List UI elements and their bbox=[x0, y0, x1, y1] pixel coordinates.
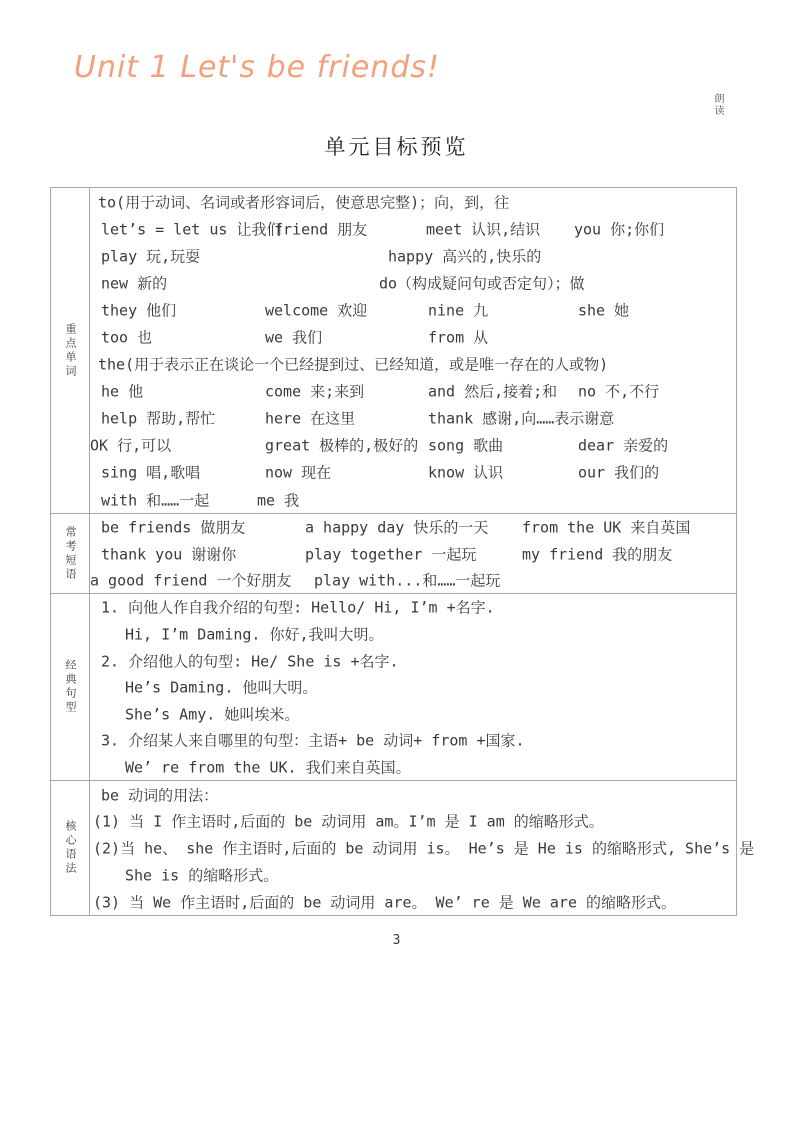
entry-text: now 现在 bbox=[265, 462, 331, 483]
text-line: 3. 介绍某人来自哪里的句型：主语+ be 动词+ from +国家. bbox=[90, 727, 736, 754]
text-line: new 新的do（构成疑问句或否定句）；做 bbox=[90, 269, 736, 296]
entry-text: do（构成疑问句或否定句）；做 bbox=[379, 272, 585, 293]
text-line: sing 唱,歌唱now 现在know 认识our 我们的 bbox=[90, 459, 736, 486]
entry-text: happy 高兴的,快乐的 bbox=[388, 245, 541, 266]
entry-text: a good friend 一个好朋友 bbox=[90, 569, 291, 590]
text-line: a good friend 一个好朋友play with...和……一起玩 bbox=[90, 567, 736, 593]
text-line: they 他们welcome 欢迎nine 九she 她 bbox=[90, 296, 736, 323]
text-line: (2)当 he、 she 作主语时,后面的 be 动词用 is。 He’s 是 … bbox=[90, 835, 736, 862]
row-label-cell: 经典句型 bbox=[51, 594, 90, 780]
entry-text: 3. 介绍某人来自哪里的句型：主语+ be 动词+ from +国家. bbox=[101, 730, 525, 751]
entry-text: 1. 向他人作自我介绍的句型: Hello/ Hi, I’m +名字. bbox=[101, 597, 495, 618]
table-row: 核心语法be 动词的用法：(1) 当 I 作主语时,后面的 be 动词用 am。… bbox=[51, 781, 736, 915]
page-number: 3 bbox=[0, 933, 793, 948]
text-line: the(用于表示正在谈论一个已经提到过、已经知道，或是唯一存在的人或物) bbox=[90, 351, 736, 378]
text-line: to(用于动词、名词或者形容词后，使意思完整)；向，到，往 bbox=[90, 188, 736, 215]
entry-text: friend 朋友 bbox=[274, 218, 367, 239]
unit-title: Unit 1 Let's be friends! bbox=[74, 50, 440, 85]
entry-text: no 不,不行 bbox=[578, 381, 659, 402]
text-line: We’ re from the UK. 我们来自英国。 bbox=[90, 754, 736, 781]
row-label: 重点单词 bbox=[62, 323, 78, 379]
entry-text: help 帮助,帮忙 bbox=[101, 408, 215, 429]
entry-text: 2. 介绍他人的句型: He/ She is +名字. bbox=[101, 650, 399, 671]
entry-text: She is 的缩略形式。 bbox=[125, 864, 278, 885]
text-line: play 玩,玩耍happy 高兴的,快乐的 bbox=[90, 242, 736, 269]
text-line: She’s Amy. 她叫埃米。 bbox=[90, 700, 736, 727]
entry-text: play together 一起玩 bbox=[305, 543, 476, 564]
entry-text: come 来;来到 bbox=[265, 381, 364, 402]
unit-overview-table: 重点单词to(用于动词、名词或者形容词后，使意思完整)；向，到，往let’s =… bbox=[50, 187, 737, 916]
entry-text: play with...和……一起玩 bbox=[314, 569, 500, 590]
entry-text: be friends 做朋友 bbox=[101, 517, 245, 538]
row-label: 经典句型 bbox=[62, 659, 78, 715]
entry-text: We’ re from the UK. 我们来自英国。 bbox=[125, 756, 411, 777]
entry-text: a happy day 快乐的一天 bbox=[305, 517, 488, 538]
entry-text: Hi, I’m Daming. 你好,我叫大明。 bbox=[125, 623, 384, 644]
entry-text: he 他 bbox=[101, 381, 143, 402]
entry-text: (1) 当 I 作主语时,后面的 be 动词用 am。I’m 是 I am 的缩… bbox=[93, 811, 604, 832]
table-row: 经典句型1. 向他人作自我介绍的句型: Hello/ Hi, I’m +名字.H… bbox=[51, 594, 736, 781]
entry-text: my friend 我的朋友 bbox=[522, 543, 672, 564]
text-line: he 他come 来;来到and 然后,接着;和no 不,不行 bbox=[90, 378, 736, 405]
row-content: be 动词的用法：(1) 当 I 作主语时,后面的 be 动词用 am。I’m … bbox=[90, 781, 736, 915]
entry-text: dear 亲爱的 bbox=[578, 435, 668, 456]
entry-text: (2)当 he、 she 作主语时,后面的 be 动词用 is。 He’s 是 … bbox=[93, 838, 754, 859]
text-line: be friends 做朋友a happy day 快乐的一天from the … bbox=[90, 514, 736, 540]
row-label-cell: 核心语法 bbox=[51, 781, 90, 915]
entry-text: and 然后,接着;和 bbox=[428, 381, 557, 402]
entry-text: the(用于表示正在谈论一个已经提到过、已经知道，或是唯一存在的人或物) bbox=[98, 354, 608, 375]
row-label: 常考短语 bbox=[62, 526, 78, 582]
text-line: be 动词的用法： bbox=[90, 781, 736, 808]
text-line: (1) 当 I 作主语时,后面的 be 动词用 am。I’m 是 I am 的缩… bbox=[90, 808, 736, 835]
row-content: be friends 做朋友a happy day 快乐的一天from the … bbox=[90, 514, 736, 593]
row-content: 1. 向他人作自我介绍的句型: Hello/ Hi, I’m +名字.Hi, I… bbox=[90, 594, 736, 780]
entry-text: He’s Daming. 他叫大明。 bbox=[125, 677, 317, 698]
read-aloud-button[interactable]: 朗读 bbox=[712, 93, 723, 117]
entry-text: nine 九 bbox=[428, 299, 488, 320]
entry-text: we 我们 bbox=[265, 327, 322, 348]
entry-text: from the UK 来自英国 bbox=[522, 517, 690, 538]
entry-text: me 我 bbox=[257, 489, 299, 510]
entry-text: to(用于动词、名词或者形容词后，使意思完整)；向，到，往 bbox=[98, 191, 509, 212]
row-label: 核心语法 bbox=[62, 820, 78, 876]
entry-text: here 在这里 bbox=[265, 408, 355, 429]
table-row: 常考短语be friends 做朋友a happy day 快乐的一天from … bbox=[51, 514, 736, 594]
text-line: OK 行,可以great 极棒的,极好的song 歌曲dear 亲爱的 bbox=[90, 432, 736, 459]
entry-text: (3) 当 We 作主语时,后面的 be 动词用 are。 We’ re 是 W… bbox=[93, 891, 676, 912]
entry-text: she 她 bbox=[578, 299, 629, 320]
table-row: 重点单词to(用于动词、名词或者形容词后，使意思完整)；向，到，往let’s =… bbox=[51, 188, 736, 514]
entry-text: from 从 bbox=[428, 327, 488, 348]
entry-text: thank 感谢,向……表示谢意 bbox=[428, 408, 614, 429]
entry-text: you 你;你们 bbox=[574, 218, 664, 239]
text-line: thank you 谢谢你play together 一起玩my friend … bbox=[90, 540, 736, 566]
entry-text: meet 认识,结识 bbox=[426, 218, 540, 239]
entry-text: they 他们 bbox=[101, 299, 176, 320]
row-label-cell: 重点单词 bbox=[51, 188, 90, 513]
entry-text: OK 行,可以 bbox=[90, 435, 171, 456]
page-heading: 单元目标预览 bbox=[0, 131, 793, 161]
entry-text: new 新的 bbox=[101, 272, 167, 293]
row-label-cell: 常考短语 bbox=[51, 514, 90, 593]
row-content: to(用于动词、名词或者形容词后，使意思完整)；向，到，往let’s = let… bbox=[90, 188, 736, 513]
entry-text: with 和……一起 bbox=[101, 489, 209, 510]
text-line: help 帮助,帮忙here 在这里thank 感谢,向……表示谢意 bbox=[90, 405, 736, 432]
entry-text: be 动词的用法： bbox=[101, 784, 218, 805]
entry-text: great 极棒的,极好的 bbox=[265, 435, 418, 456]
text-line: She is 的缩略形式。 bbox=[90, 862, 736, 889]
entry-text: welcome 欢迎 bbox=[265, 299, 367, 320]
text-line: 2. 介绍他人的句型: He/ She is +名字. bbox=[90, 647, 736, 674]
text-line: (3) 当 We 作主语时,后面的 be 动词用 are。 We’ re 是 W… bbox=[90, 888, 736, 915]
text-line: 1. 向他人作自我介绍的句型: Hello/ Hi, I’m +名字. bbox=[90, 594, 736, 621]
entry-text: let’s = let us 让我们 bbox=[101, 218, 281, 239]
entry-text: play 玩,玩耍 bbox=[101, 245, 200, 266]
text-line: He’s Daming. 他叫大明。 bbox=[90, 674, 736, 701]
text-line: Hi, I’m Daming. 你好,我叫大明。 bbox=[90, 621, 736, 648]
entry-text: know 认识 bbox=[428, 462, 503, 483]
text-line: too 也we 我们from 从 bbox=[90, 323, 736, 350]
text-line: with 和……一起me 我 bbox=[90, 486, 736, 513]
entry-text: song 歌曲 bbox=[428, 435, 503, 456]
entry-text: too 也 bbox=[101, 327, 152, 348]
entry-text: thank you 谢谢你 bbox=[101, 543, 236, 564]
entry-text: our 我们的 bbox=[578, 462, 659, 483]
entry-text: sing 唱,歌唱 bbox=[101, 462, 200, 483]
entry-text: She’s Amy. 她叫埃米。 bbox=[125, 703, 299, 724]
text-line: let’s = let us 让我们friend 朋友meet 认识,结识you… bbox=[90, 215, 736, 242]
